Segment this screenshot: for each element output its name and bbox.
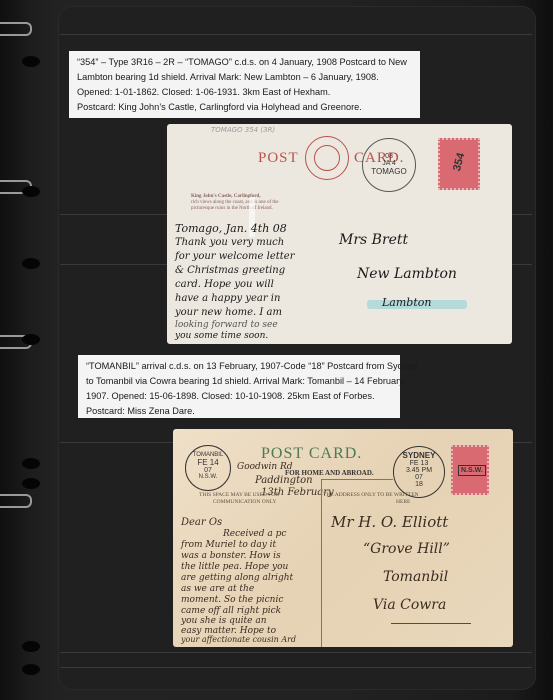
tomanbil-arrival-postmark: TOMANBIL FE 14 07 N.S.W. — [185, 445, 231, 491]
pencil-annotation: TOMAGO 354 (3R) — [211, 126, 275, 134]
message-line: the little pea. Hope you — [181, 562, 288, 572]
message-line: are getting along alright — [181, 573, 293, 583]
printed-instruction: COMMUNICATION ONLY — [213, 499, 276, 505]
punch-hole — [22, 258, 40, 269]
message-line: card. Hope you will — [175, 279, 274, 290]
punch-hole — [22, 664, 40, 675]
page-strip-line — [60, 667, 532, 668]
page-strip-line — [60, 652, 532, 653]
message-line: Tomago, Jan. 4th 08 — [175, 222, 287, 235]
binder-ring — [0, 494, 32, 508]
message-line: looking forward to see — [175, 320, 278, 330]
label-line: “354” – Type 3R16 – 2R – “TOMAGO” c.d.s.… — [77, 55, 412, 70]
postcard-title-post: POST — [258, 150, 299, 167]
description-label-tomanbil: “TOMANBIL” arrival c.d.s. on 13 February… — [78, 355, 400, 418]
album-page: “354” – Type 3R16 – 2R – “TOMAGO” c.d.s.… — [0, 0, 553, 700]
message-line: from Muriel to day it — [181, 540, 276, 550]
punch-hole — [22, 56, 40, 67]
punch-hole — [22, 478, 40, 489]
postcard-tomago: TOMAGO 354 (3R) POST CARD. 08 JA 4 TOMAG… — [167, 124, 512, 344]
sydney-cds-postmark: SYDNEY FE 13 3.45 PM 07 18 — [393, 446, 445, 498]
message-line: have a happy year in — [175, 293, 280, 304]
header-hand-line: Goodwin Rd — [237, 462, 293, 472]
message-line: Thank you very much — [175, 237, 284, 248]
label-line: Lambton bearing 1d shield. Arrival Mark:… — [77, 70, 412, 85]
binder-ring — [0, 22, 32, 36]
punch-hole — [22, 334, 40, 345]
message-line: your affectionate cousin Ard — [181, 635, 296, 644]
label-line: to Tomanbil via Cowra bearing 1d shield.… — [86, 374, 392, 389]
address-line: Via Cowra — [373, 597, 446, 613]
nsw-cancel: N.S.W. — [458, 465, 486, 476]
label-line: Postcard: Miss Zena Dare. — [86, 404, 392, 419]
label-line: 1907. Opened: 15-06-1898. Closed: 10-10-… — [86, 389, 392, 404]
message-line: you she is quite an — [181, 616, 267, 626]
message-line: your new home. I am — [175, 307, 282, 318]
postcard-title: POST CARD. — [261, 445, 362, 463]
message-line: came off all right pick — [181, 606, 281, 616]
postcard-tomanbil: TOMANBIL FE 14 07 N.S.W. POST CARD. FOR … — [173, 429, 513, 647]
address-line: New Lambton — [357, 266, 457, 282]
message-line: was a bonster. How is — [181, 551, 281, 561]
card-divider-line — [321, 479, 393, 480]
tomago-cds-postmark: 08 JA 4 TOMAGO — [362, 138, 416, 192]
numeral-cancel: 354 — [451, 152, 467, 173]
printed-instruction: THIS SPACE MAY BE USED FOR — [199, 492, 279, 498]
shield-stamp-1d: N.S.W. — [451, 445, 489, 495]
header-hand-line: Paddington — [255, 475, 313, 486]
punch-hole — [22, 186, 40, 197]
message-line: moment. So the picnic — [181, 595, 283, 605]
page-strip-line — [60, 34, 532, 35]
caption-print: picturesque ruins in the North of Irelan… — [191, 206, 273, 211]
message-line: for your welcome letter — [175, 251, 294, 262]
message-line: as we are at the — [181, 584, 254, 594]
message-line: Received a pc — [223, 529, 286, 539]
description-label-tomago: “354” – Type 3R16 – 2R – “TOMAGO” c.d.s.… — [69, 51, 420, 118]
address-line: Mr H. O. Elliott — [331, 513, 448, 531]
shield-stamp-1d: 354 — [438, 138, 480, 190]
address-line: Tomanbil — [383, 569, 448, 585]
punch-hole — [22, 641, 40, 652]
message-line: & Christmas greeting — [175, 265, 285, 276]
address-line: “Grove Hill” — [363, 541, 450, 557]
card-divider-line — [321, 479, 322, 647]
label-line: “TOMANBIL” arrival c.d.s. on 13 February… — [86, 359, 392, 374]
message-line: Dear Os — [181, 517, 222, 528]
caption-print: rich views along the coast, and is one o… — [191, 200, 278, 205]
address-line: Mrs Brett — [339, 232, 408, 248]
label-line: Postcard: King John’s Castle, Carlingfor… — [77, 100, 412, 115]
underline — [391, 623, 471, 624]
message-line: you some time soon. — [175, 331, 268, 341]
railway-seal-icon — [305, 136, 349, 180]
punch-hole — [22, 458, 40, 469]
label-line: Opened: 1-01-1862. Closed: 1-06-1931. 3k… — [77, 85, 412, 100]
address-line: Lambton — [382, 296, 431, 309]
printed-instruction: HERE — [396, 499, 410, 505]
